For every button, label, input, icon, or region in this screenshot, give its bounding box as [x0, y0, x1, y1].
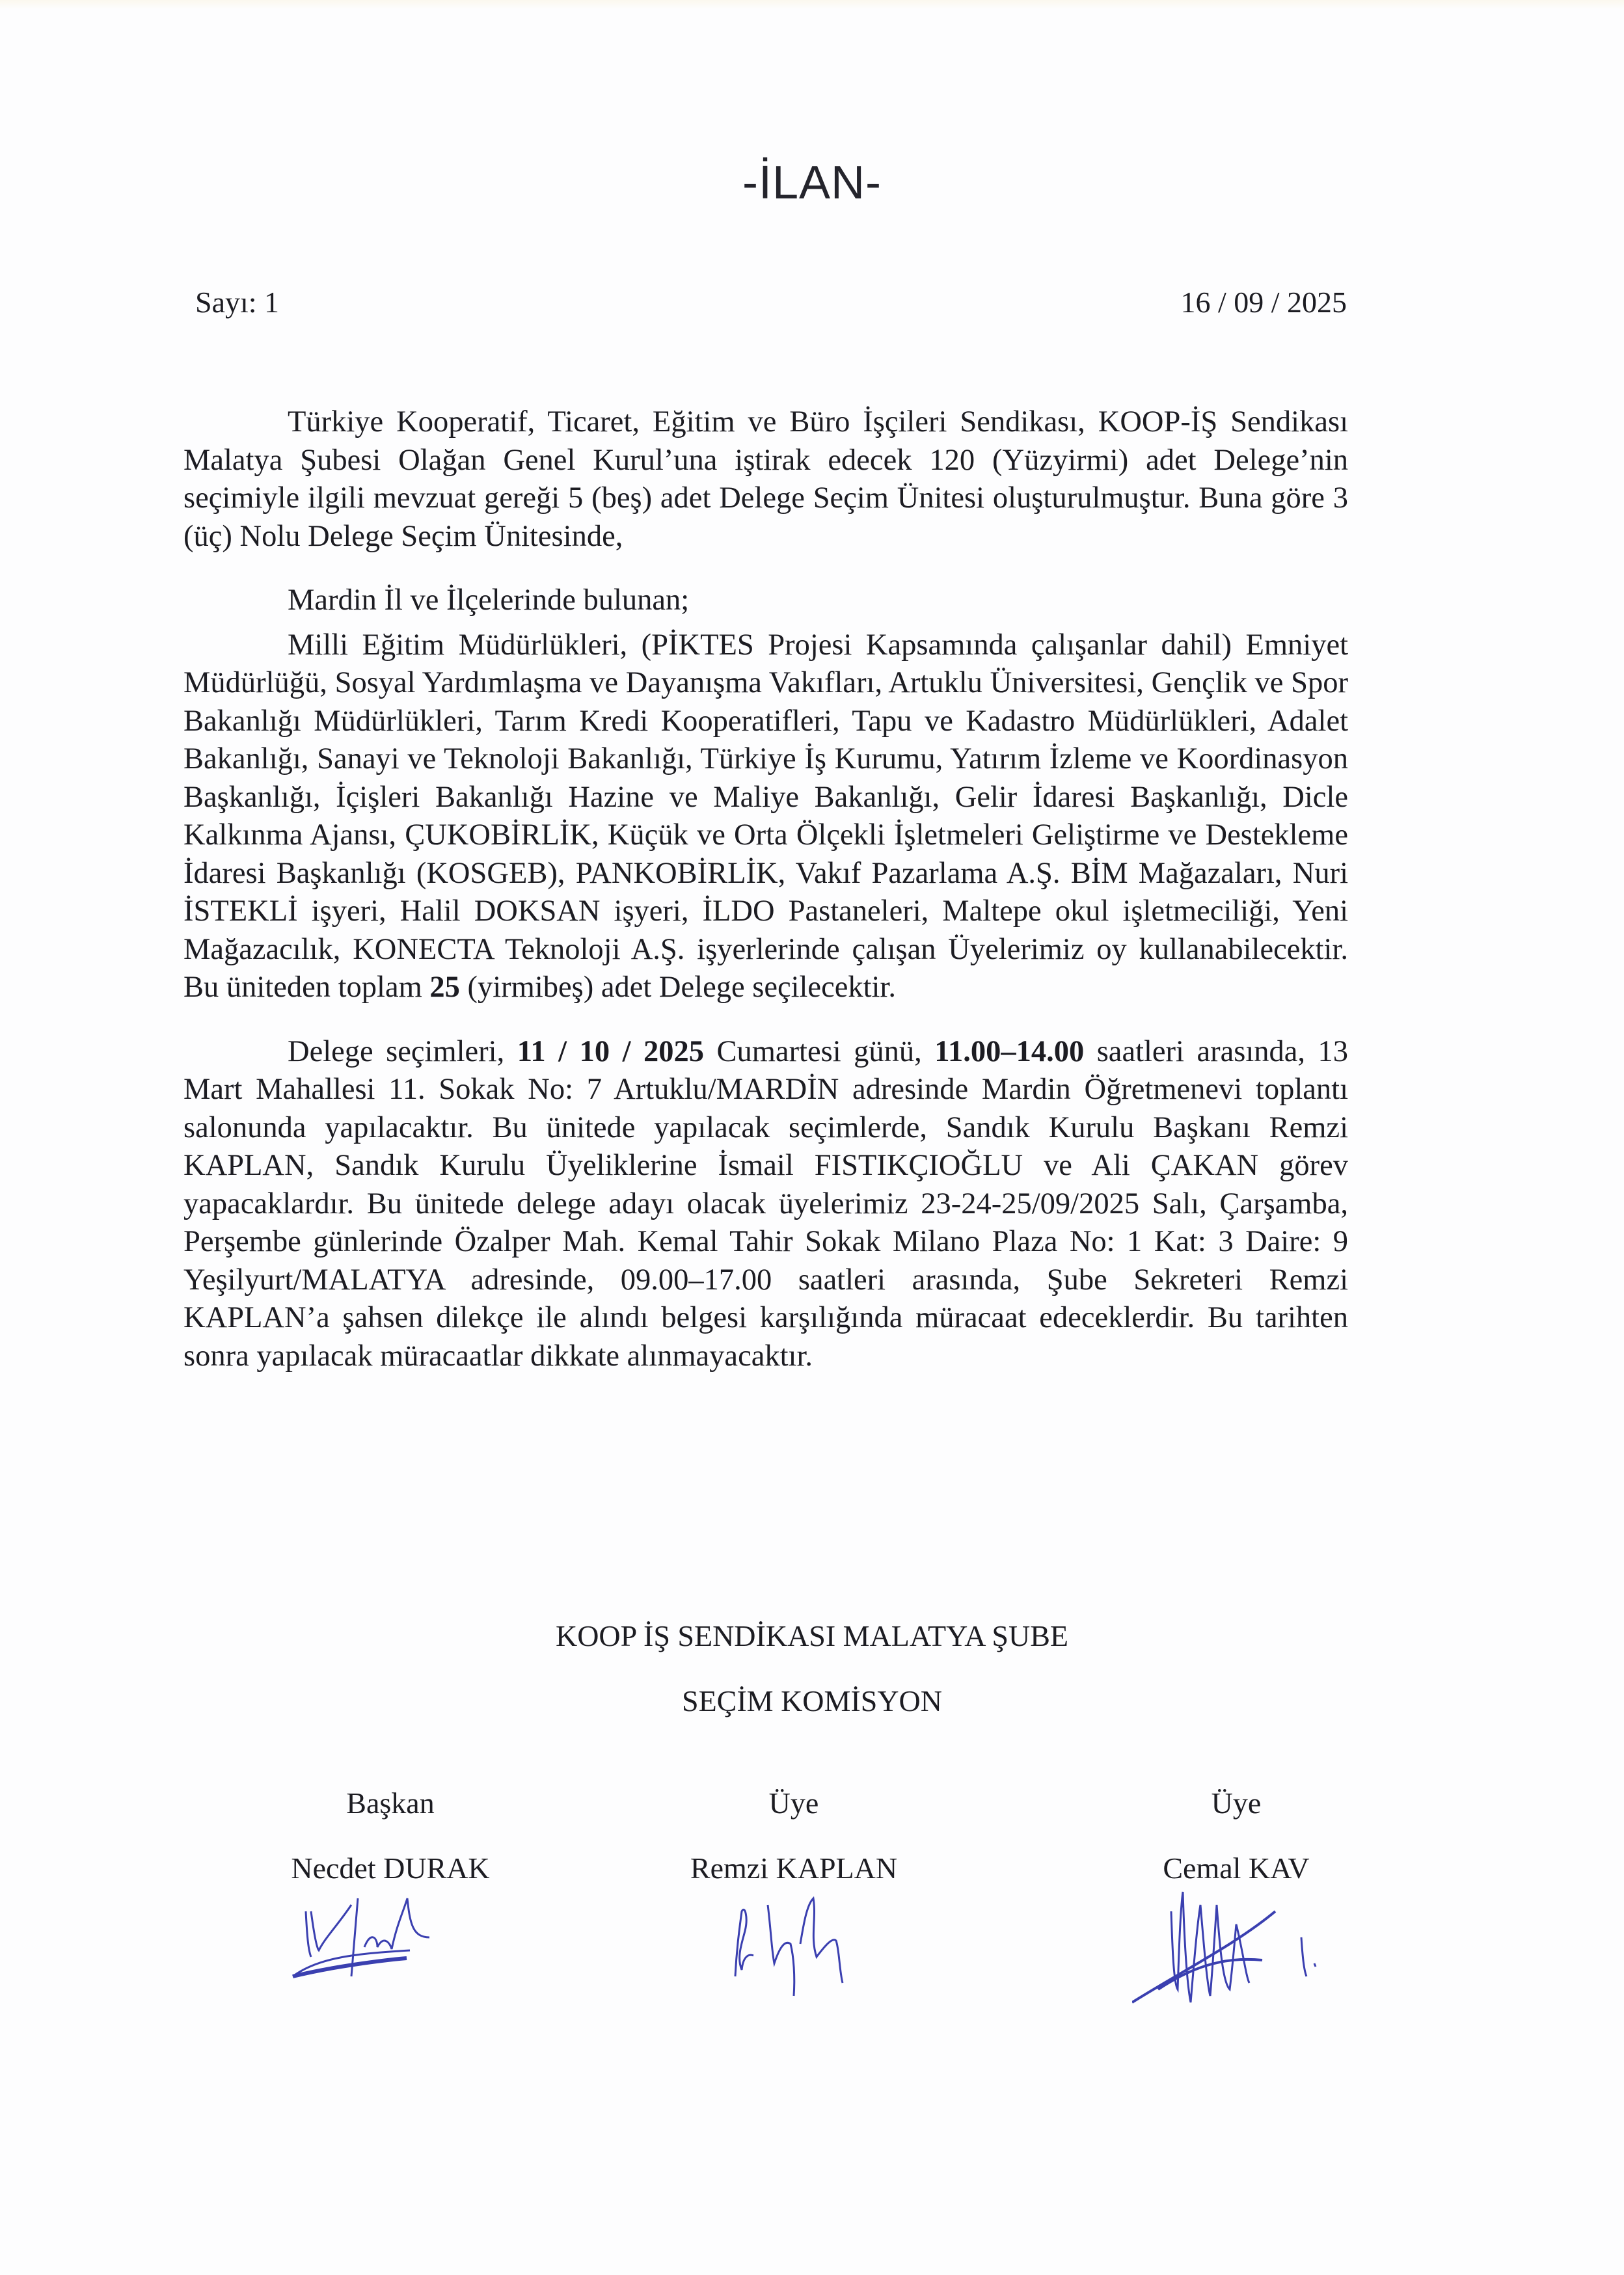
scan-edge [0, 0, 1624, 9]
paragraph-workplaces: Milli Eğitim Müdürlükleri, (PİKTES Proje… [183, 626, 1348, 1007]
document-title: -İLAN- [0, 156, 1624, 209]
paragraph-intro: Türkiye Kooperatif, Ticaret, Eğitim ve B… [183, 403, 1348, 556]
announcement-body: Türkiye Kooperatif, Ticaret, Eğitim ve B… [183, 403, 1348, 1375]
delegate-count: 25 [429, 971, 460, 1004]
signature-icon [1132, 1885, 1340, 2015]
election-text-a: Delege seçimleri, [288, 1035, 517, 1068]
workplaces-tail: (yirmibeş) adet Delege seçilecektir. [460, 971, 896, 1004]
election-time: 11.00–14.00 [934, 1035, 1084, 1068]
signatory-role: Başkan [280, 1786, 501, 1825]
signature-icon [677, 1885, 911, 2002]
signatory-name: Necdet DURAK [280, 1851, 501, 1885]
election-date: 11 / 10 / 2025 [517, 1035, 704, 1068]
election-text-b: Cumartesi günü, [704, 1035, 934, 1068]
committee-organization: KOOP İŞ SENDİKASI MALATYA ŞUBE [0, 1604, 1624, 1669]
signatory-member-1: Üye Remzi KAPLAN [677, 1786, 911, 2002]
signatory-name: Cemal KAV [1132, 1851, 1340, 1885]
paragraph-election-details: Delege seçimleri, 11 / 10 / 2025 Cumarte… [183, 1033, 1348, 1376]
signatory-role: Üye [677, 1786, 911, 1825]
document-number: Sayı: 1 [195, 285, 279, 319]
signatory-chair: Başkan Necdet DURAK [280, 1786, 501, 1983]
election-text-c: saatleri arasında, 13 Mart Mahallesi 11.… [183, 1035, 1348, 1373]
document-meta: Sayı: 1 16 / 09 / 2025 [195, 285, 1347, 324]
signatory-name: Remzi KAPLAN [677, 1851, 911, 1885]
committee-block: KOOP İŞ SENDİKASI MALATYA ŞUBE SEÇİM KOM… [0, 1604, 1624, 1734]
signatory-role: Üye [1132, 1786, 1340, 1825]
document-date: 16 / 09 / 2025 [1180, 285, 1347, 319]
signature-icon [280, 1885, 501, 1983]
workplaces-text: Milli Eğitim Müdürlükleri, (PİKTES Proje… [183, 628, 1348, 1004]
paragraph-location: Mardin İl ve İlçelerinde bulunan; [183, 582, 1348, 620]
committee-name: SEÇİM KOMİSYON [0, 1669, 1624, 1734]
signatory-member-2: Üye Cemal KAV [1132, 1786, 1340, 2015]
